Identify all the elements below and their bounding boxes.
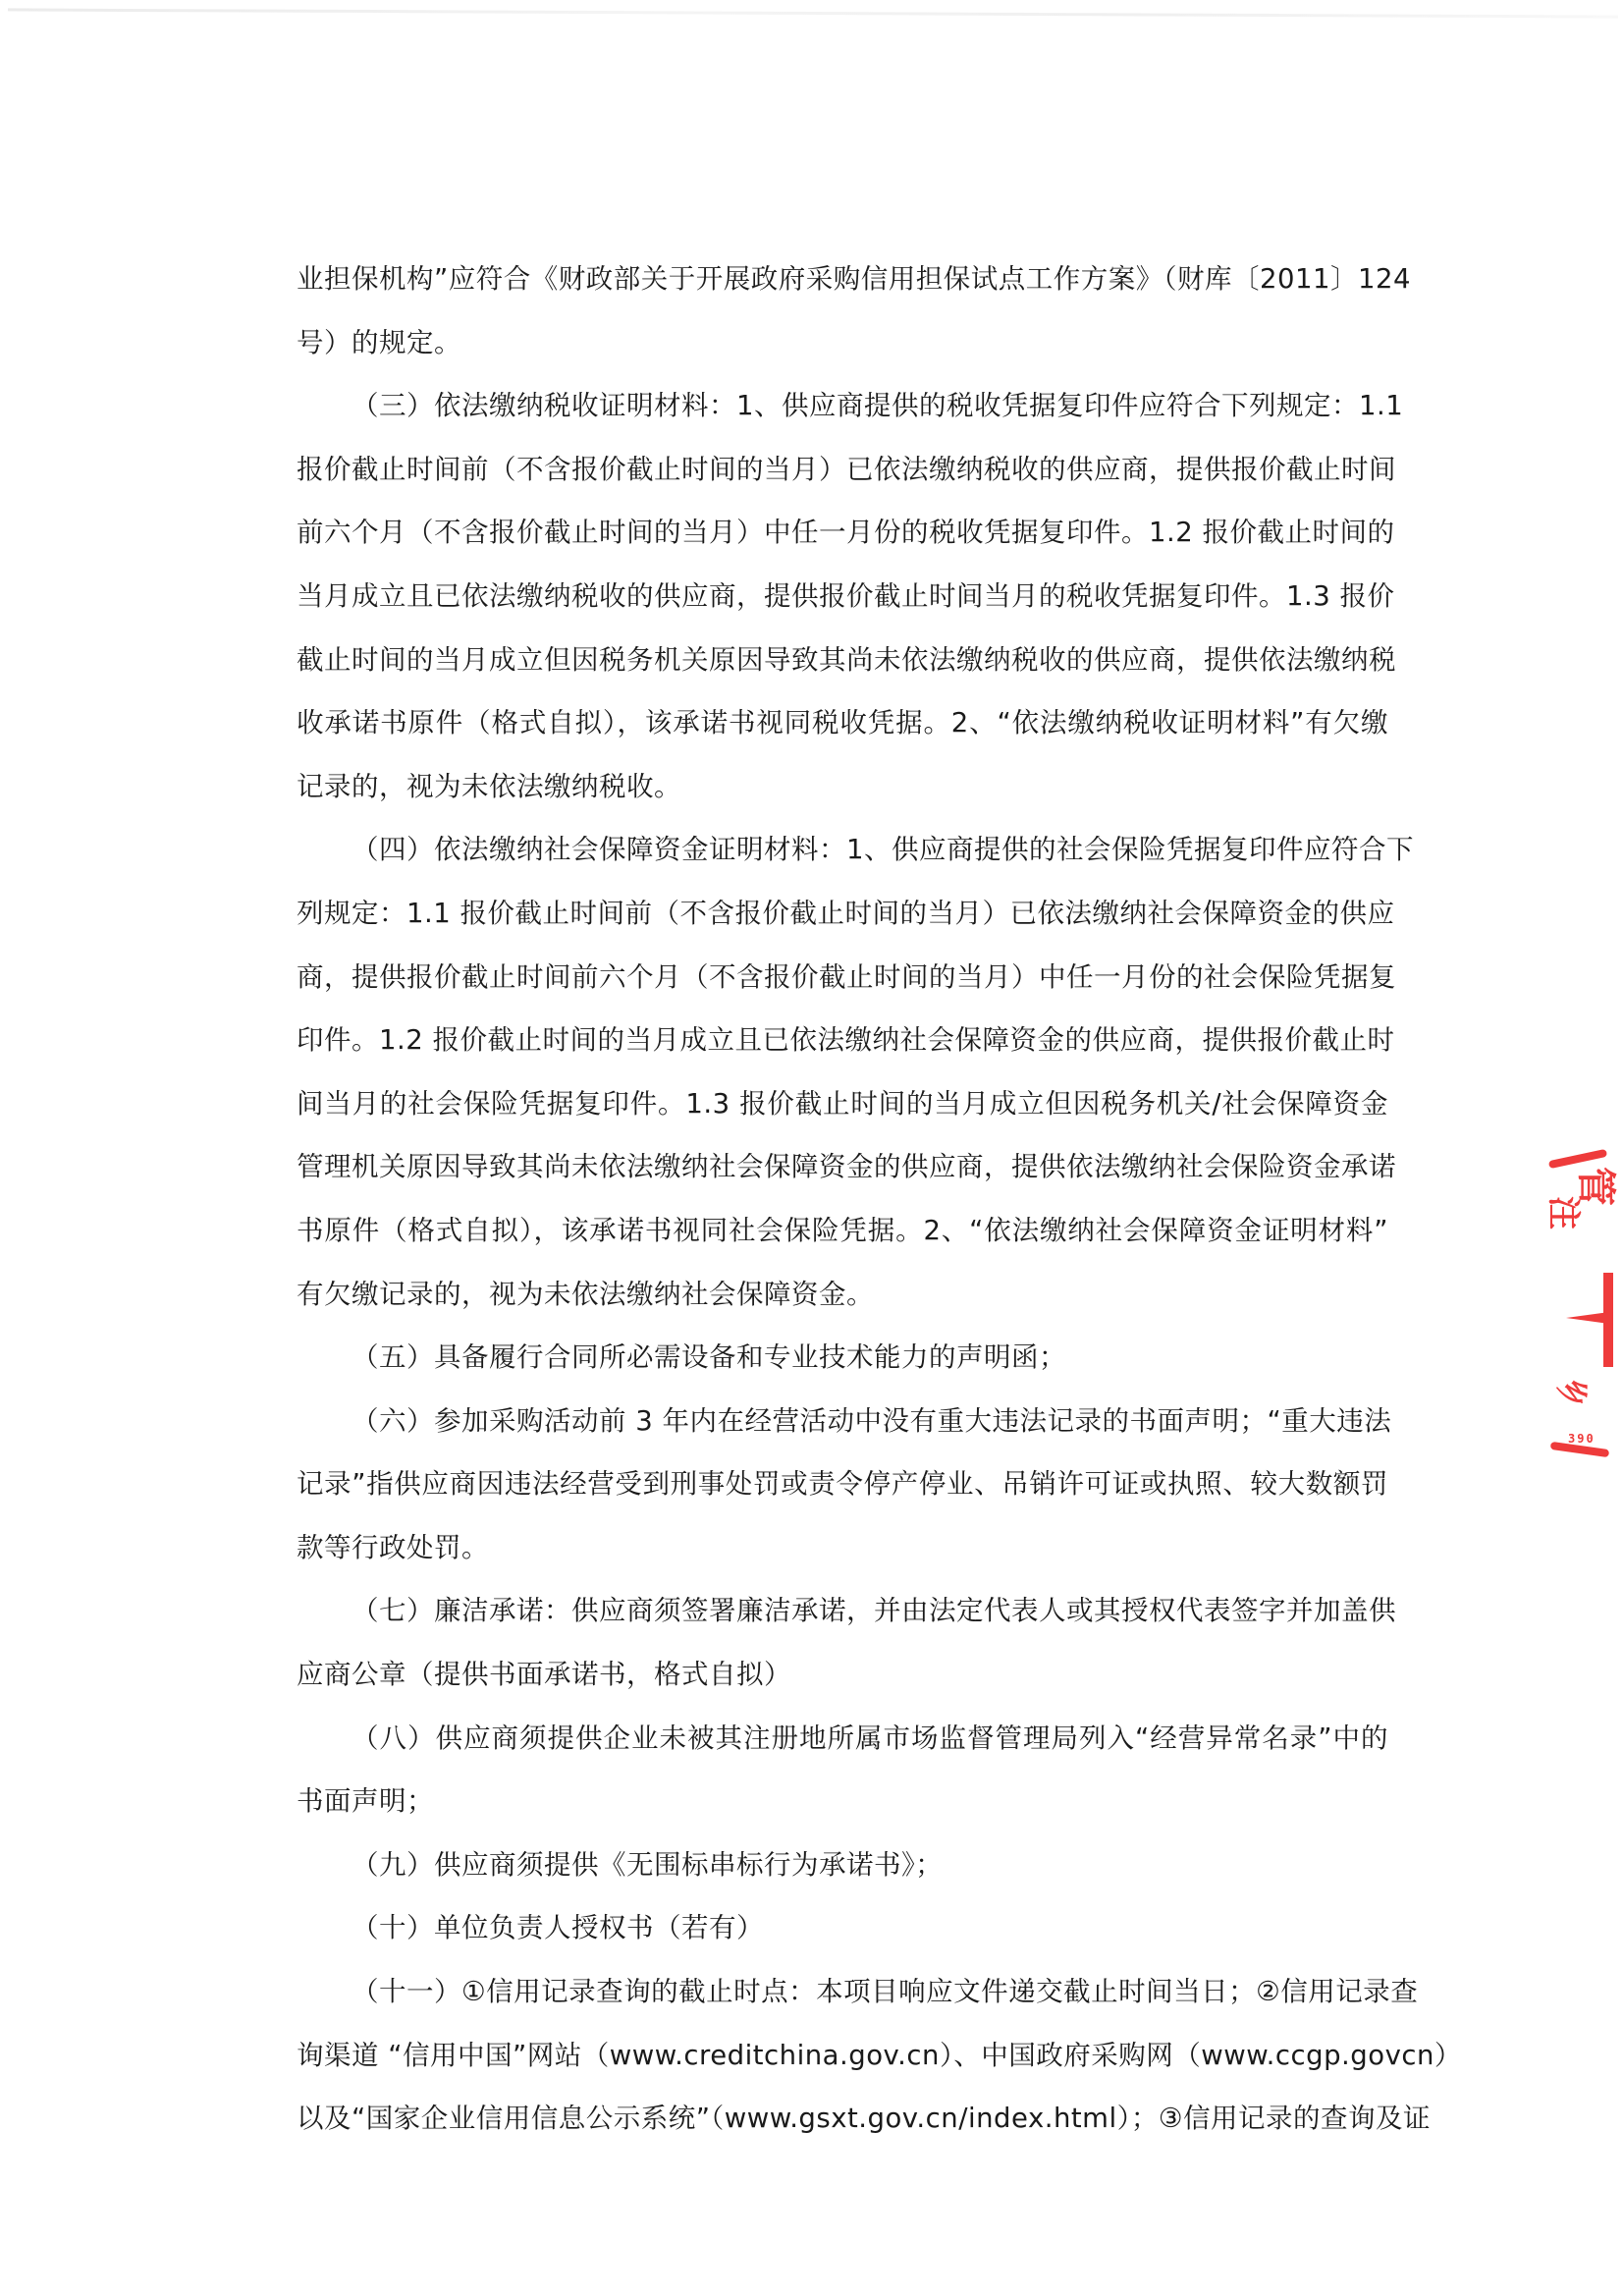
stamp-char: 注 bbox=[1546, 1196, 1580, 1230]
text-line: 号）的规定。 bbox=[297, 321, 1388, 385]
text-line: 以及“国家企业信用信息公示系统”（www.gsxt.gov.cn/index.h… bbox=[297, 2097, 1388, 2160]
text-line: 记录的，视为未依法缴纳税收。 bbox=[297, 765, 1388, 829]
text-line: 应商公章（提供书面承诺书，格式自拟） bbox=[297, 1653, 1388, 1717]
section-6-heading-line: （六）参加采购活动前 3 年内在经营活动中没有重大违法记录的书面声明；“重大违法 bbox=[297, 1399, 1388, 1463]
text-line: 截止时间的当月成立但因税务机关原因导致其尚未依法缴纳税收的供应商，提供依法缴纳税 bbox=[297, 638, 1388, 702]
section-11-heading-line: （十一）①信用记录查询的截止时点：本项目响应文件递交截止时间当日；②信用记录查 bbox=[297, 1970, 1388, 2034]
text-line: 印件。1.2 报价截止时间的当月成立且已依法缴纳社会保障资金的供应商，提供报价截… bbox=[297, 1018, 1388, 1082]
text-line: 有欠缴记录的，视为未依法缴纳社会保障资金。 bbox=[297, 1273, 1388, 1337]
stamp-char: 乡 bbox=[1553, 1374, 1594, 1414]
text-line: 报价截止时间前（不含报价截止时间的当月）已依法缴纳税收的供应商，提供报价截止时间 bbox=[297, 448, 1388, 512]
section-9-line: （九）供应商须提供《无围标串标行为承诺书》； bbox=[297, 1843, 1388, 1907]
stamp-mark bbox=[1566, 1312, 1609, 1324]
section-3-heading-line: （三）依法缴纳税收证明材料：1、供应商提供的税收凭据复印件应符合下列规定：1.1 bbox=[297, 384, 1388, 448]
text-line: 询渠道 “信用中国”网站（www.creditchina.gov.cn）、中国政… bbox=[297, 2034, 1388, 2098]
red-seal-stamp: 管 注 乡 390 bbox=[1546, 1147, 1623, 1463]
section-8-heading-line: （八）供应商须提供企业未被其注册地所属市场监督管理局列入“经营异常名录”中的 bbox=[297, 1717, 1388, 1780]
text-line: 收承诺书原件（格式自拟），该承诺书视同税收凭据。2、“依法缴纳税收证明材料”有欠… bbox=[297, 701, 1388, 765]
text-line: 书面声明； bbox=[297, 1779, 1388, 1843]
text-line: 间当月的社会保险凭据复印件。1.3 报价截止时间的当月成立但因税务机关/社会保障… bbox=[297, 1082, 1388, 1146]
text-line: 款等行政处罚。 bbox=[297, 1526, 1388, 1590]
text-line: 记录”指供应商因违法经营受到刑事处罚或责令停产停业、吊销许可证或执照、较大数额罚 bbox=[297, 1462, 1388, 1526]
document-body: 业担保机构”应符合《财政部关于开展政府采购信用担保试点工作方案》（财库〔2011… bbox=[297, 257, 1388, 2160]
text-line: 管理机关原因导致其尚未依法缴纳社会保障资金的供应商，提供依法缴纳社会保险资金承诺 bbox=[297, 1145, 1388, 1209]
section-4-heading-line: （四）依法缴纳社会保障资金证明材料：1、供应商提供的社会保险凭据复印件应符合下 bbox=[297, 828, 1388, 892]
section-10-line: （十）单位负责人授权书（若有） bbox=[297, 1906, 1388, 1970]
text-line: 书原件（格式自拟），该承诺书视同社会保险凭据。2、“依法缴纳社会保障资金证明材料… bbox=[297, 1209, 1388, 1273]
section-7-heading-line: （七）廉洁承诺：供应商须签署廉洁承诺，并由法定代表人或其授权代表签字并加盖供 bbox=[297, 1589, 1388, 1653]
scan-edge bbox=[8, 8, 1618, 18]
section-5-line: （五）具备履行合同所必需设备和专业技术能力的声明函； bbox=[297, 1336, 1388, 1399]
text-line: 商，提供报价截止时间前六个月（不含报价截止时间的当月）中任一月份的社会保险凭据复 bbox=[297, 956, 1388, 1019]
text-line: 前六个月（不含报价截止时间的当月）中任一月份的税收凭据复印件。1.2 报价截止时… bbox=[297, 511, 1388, 574]
text-line: 当月成立且已依法缴纳税收的供应商，提供报价截止时间当月的税收凭据复印件。1.3 … bbox=[297, 574, 1388, 638]
text-line: 列规定：1.1 报价截止时间前（不含报价截止时间的当月）已依法缴纳社会保障资金的… bbox=[297, 892, 1388, 956]
text-line: 业担保机构”应符合《财政部关于开展政府采购信用担保试点工作方案》（财库〔2011… bbox=[297, 257, 1388, 321]
